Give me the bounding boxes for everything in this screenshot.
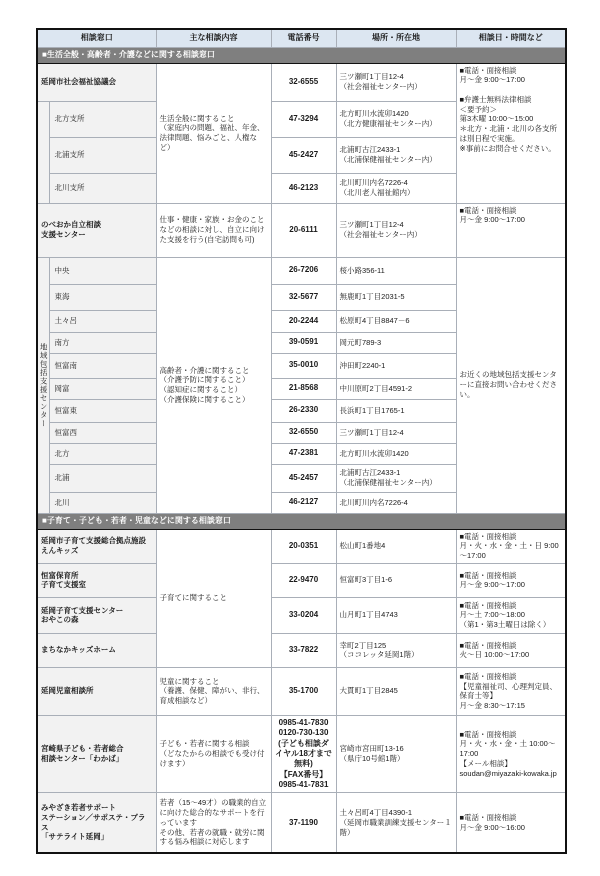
org-name: 延岡市子育て支援総合拠点施設 えんキッズ	[37, 529, 156, 563]
row-saposute: みやざき若者サポート ステーション／サポステ・プラス 「サテライト延岡」 若者（…	[37, 793, 566, 853]
row-chiiki-branch: 地域包括支援センター 中央 高齢者・介護に関すること （介護予防に関すること） …	[37, 257, 566, 284]
consultation-table: 相談窓口 主な相談内容 電話番号 場所・所在地 相談日・時間など ■生活全般・高…	[36, 28, 567, 854]
address: 岡元町789-3	[336, 332, 456, 353]
org-name: 延岡子育て支援センター おやこの森	[37, 597, 156, 633]
phone-saposute: 37-1190	[271, 793, 336, 853]
address: 長浜町1丁目1765-1	[336, 399, 456, 422]
address-saposute: 土々呂町4丁目4390-1 （延岡市職業訓練支援センター１階）	[336, 793, 456, 853]
row-jido: 延岡児童相談所 児童に関すること （養護、保健、障がい、非行、育成相談など） 3…	[37, 667, 566, 715]
phone-number: 21-8568	[271, 378, 336, 399]
row-kosodate-facility: 延岡子育て支援センター おやこの森 33-0204 山月町1丁目4743 ■電話…	[37, 597, 566, 633]
branch-name: 中央	[49, 257, 156, 284]
address: 幸町2丁目125 （ココレッタ延岡1階）	[336, 633, 456, 667]
phone-number: 20-0351	[271, 529, 336, 563]
phone-number: 22-9470	[271, 563, 336, 597]
consult-content-jido: 児童に関すること （養護、保健、障がい、非行、育成相談など）	[156, 667, 271, 715]
header-phone: 電話番号	[271, 29, 336, 47]
org-name: まちなかキッズホーム	[37, 633, 156, 667]
address-wakaba: 宮崎市宮田町13-16 （県庁10号館1階）	[336, 715, 456, 793]
branch-name: 北川	[49, 492, 156, 513]
branch-name: 土々呂	[49, 310, 156, 332]
branch-name: 恒富東	[49, 399, 156, 422]
section1-banner: ■生活全般・高齢者・介護などに関する相談窓口	[37, 47, 566, 63]
header-content: 主な相談内容	[156, 29, 271, 47]
address: 無鹿町1丁目2031-5	[336, 284, 456, 310]
phone-number: 46-2123	[271, 173, 336, 203]
phone-wakaba: 0985-41-7830 0120-730-130 (子ども相談ダイヤル18才ま…	[271, 715, 336, 793]
consult-content-jiritsu: 仕事・健康・家族・お金のことなどの相談に対し、自立に向けた支援を行う(自宅訪問も…	[156, 203, 271, 257]
section1-title: ■生活全般・高齢者・介護などに関する相談窓口	[37, 47, 566, 63]
address-jiritsu: 三ツ瀬町1丁目12-4 （社会福祉センター内）	[336, 203, 456, 257]
group-vertical-label: 地域包括支援センター	[37, 257, 49, 513]
branch-name: 恒富南	[49, 353, 156, 378]
phone-number: 33-7822	[271, 633, 336, 667]
schedule: ■電話・面接相談 月～金 9:00～17:00	[456, 563, 566, 597]
consult-content-saposute: 若者（15～49才）の職業的自立に向けた総合的なサポートを行っています その他、…	[156, 793, 271, 853]
section2-banner: ■子育て・子ども・若者・児童などに関する相談窓口	[37, 513, 566, 529]
org-name-shakyo: 延岡市社会福祉協議会	[37, 63, 156, 101]
branch-name: 北方支所	[49, 101, 156, 137]
section2-title: ■子育て・子ども・若者・児童などに関する相談窓口	[37, 513, 566, 529]
schedule: ■電話・面接相談 月・火・水・金・土・日 9:00～17:00	[456, 529, 566, 563]
address: 桜小路356-11	[336, 257, 456, 284]
address-shakyo: 三ツ瀬町1丁目12-4 （社会福祉センター内）	[336, 63, 456, 101]
schedule: ■電話・面接相談 火～日 10:00～17:00	[456, 633, 566, 667]
branch-name: 北浦	[49, 464, 156, 492]
header-schedule: 相談日・時間など	[456, 29, 566, 47]
schedule-saposute: ■電話・面接相談 月～金 9:00～16:00	[456, 793, 566, 853]
consult-content-shakyo: 生活全般に関すること （家庭内の問題、福祉、年金、法律問題、悩みごと、人権など）	[156, 63, 271, 203]
address: 沖田町2240-1	[336, 353, 456, 378]
phone-number: 32-6550	[271, 422, 336, 443]
schedule-chiiki: お近くの地域包括支援センターに直接お問い合わせください。	[456, 257, 566, 513]
org-name-wakaba: 宮崎県子ども・若者総合 相談センター「わかば」	[37, 715, 156, 793]
branch-name: 南方	[49, 332, 156, 353]
address: 北川町川内名7226-4 （北川老人福祉館内）	[336, 173, 456, 203]
header-window: 相談窓口	[37, 29, 156, 47]
branch-name: 恒富西	[49, 422, 156, 443]
branch-indent-strip	[37, 101, 49, 203]
schedule: ■電話・面接相談 月～土 7:00～18:00 （第1・第3土曜日は除く）	[456, 597, 566, 633]
address: 恒富町3丁目1-6	[336, 563, 456, 597]
schedule-wakaba: ■電話・面接相談 月・火・水・金・土 10:00～17:00 【メール相談】 s…	[456, 715, 566, 793]
header-place: 場所・所在地	[336, 29, 456, 47]
phone-number: 45-2457	[271, 464, 336, 492]
branch-name: 東海	[49, 284, 156, 310]
phone-number: 45-2427	[271, 137, 336, 173]
branch-name: 岡富	[49, 378, 156, 399]
org-name-saposute: みやざき若者サポート ステーション／サポステ・プラス 「サテライト延岡」	[37, 793, 156, 853]
address-jido: 大貫町1丁目2845	[336, 667, 456, 715]
address: 山月町1丁目4743	[336, 597, 456, 633]
consult-content-wakaba: 子ども・若者に関する相談 （どなたからの相談でも受け付けます）	[156, 715, 271, 793]
org-name: 恒富保育所 子育て支援室	[37, 563, 156, 597]
address: 三ツ瀬町1丁目12-4	[336, 422, 456, 443]
address: 北浦町古江2433-1 （北浦保健福祉センター内）	[336, 464, 456, 492]
row-kosodate-facility: 延岡市子育て支援総合拠点施設 えんキッズ 子育てに関すること 20-0351 松…	[37, 529, 566, 563]
phone-number: 39-0591	[271, 332, 336, 353]
branch-name: 北川支所	[49, 173, 156, 203]
phone-number: 26-7206	[271, 257, 336, 284]
org-name-jido: 延岡児童相談所	[37, 667, 156, 715]
row-jiritsu: のべおか自立相談 支援センター 仕事・健康・家族・お金のことなどの相談に対し、自…	[37, 203, 566, 257]
phone-number: 33-0204	[271, 597, 336, 633]
phone-number: 32-5677	[271, 284, 336, 310]
schedule-jido: ■電話・面接相談 【児童福祉司、心理判定員、保育士等】 月～金 8:30～17:…	[456, 667, 566, 715]
phone-number: 26-2330	[271, 399, 336, 422]
row-wakaba: 宮崎県子ども・若者総合 相談センター「わかば」 子ども・若者に関する相談 （どな…	[37, 715, 566, 793]
row-shakyo: 延岡市社会福祉協議会 生活全般に関すること （家庭内の問題、福祉、年金、法律問題…	[37, 63, 566, 101]
branch-name: 北方	[49, 443, 156, 464]
address: 北川町川内名7226-4	[336, 492, 456, 513]
phone-number: 20-2244	[271, 310, 336, 332]
table-header-row: 相談窓口 主な相談内容 電話番号 場所・所在地 相談日・時間など	[37, 29, 566, 47]
phone-number: 46-2127	[271, 492, 336, 513]
phone-jiritsu: 20-6111	[271, 203, 336, 257]
phone-number: 35-0010	[271, 353, 336, 378]
address: 北方町川水流卯1420	[336, 443, 456, 464]
phone-number: 47-3294	[271, 101, 336, 137]
phone-jido: 35-1700	[271, 667, 336, 715]
row-kosodate-facility: まちなかキッズホーム 33-7822 幸町2丁目125 （ココレッタ延岡1階） …	[37, 633, 566, 667]
address: 松山町1番地4	[336, 529, 456, 563]
consult-content-kosodate: 子育てに関すること	[156, 529, 271, 667]
address: 北方町川水流卯1420 （北方健康福祉センター内）	[336, 101, 456, 137]
address: 中川原町2丁目4591-2	[336, 378, 456, 399]
phone-number: 47-2381	[271, 443, 336, 464]
schedule-shakyo: ■電話・面接相談 月～金 9:00～17:00 ■弁護士無料法律相談 ＜要予約＞…	[456, 63, 566, 203]
row-kosodate-facility: 恒富保育所 子育て支援室 22-9470 恒富町3丁目1-6 ■電話・面接相談 …	[37, 563, 566, 597]
address: 松原町4丁目8847－6	[336, 310, 456, 332]
address: 北浦町古江2433-1 （北浦保健福祉センター内）	[336, 137, 456, 173]
consult-content-chiiki: 高齢者・介護に関すること （介護予防に関すること） （認知症に関すること） （介…	[156, 257, 271, 513]
schedule-jiritsu: ■電話・面接相談 月～金 9:00～17:00	[456, 203, 566, 257]
phone-shakyo: 32-6555	[271, 63, 336, 101]
branch-name: 北浦支所	[49, 137, 156, 173]
org-name-jiritsu: のべおか自立相談 支援センター	[37, 203, 156, 257]
